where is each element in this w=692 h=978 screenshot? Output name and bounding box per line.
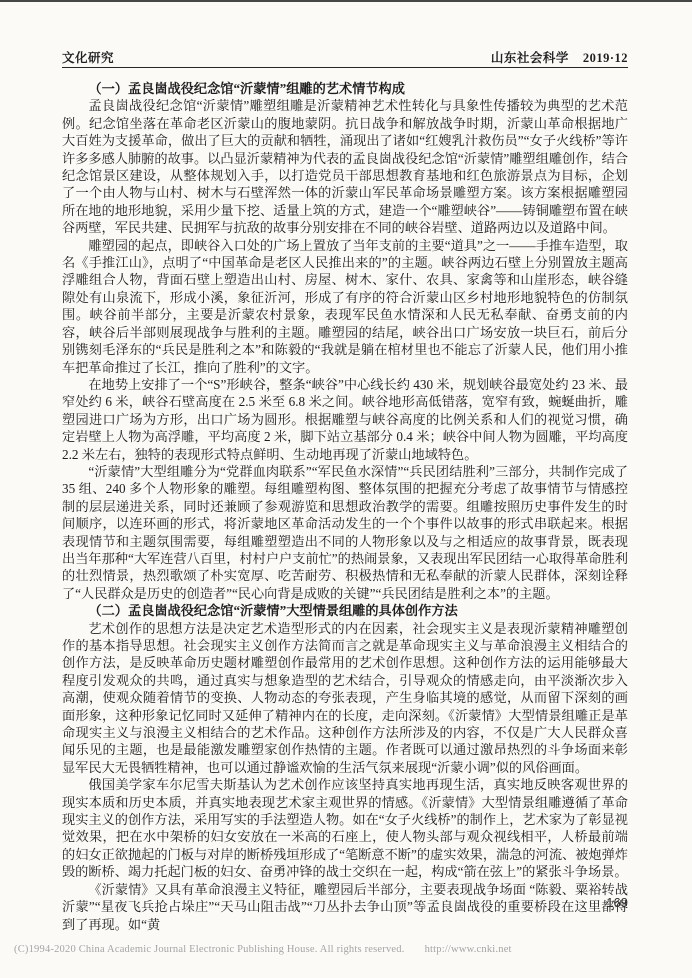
page-number: 169 <box>62 895 628 910</box>
journal-name: 山东社会科学 <box>491 51 569 65</box>
paragraph: 俄国美学家车尔尼雪夫斯基认为艺术创作应该坚持真实地再现生活，真实地反映客观世界的… <box>62 776 628 880</box>
paragraph: 孟良崮战役纪念馆“沂蒙情”雕塑组雕是沂蒙精神艺术性转化与具象性传播较为典型的艺术… <box>62 97 628 236</box>
footer-url: http://www.cnki.net <box>425 944 512 955</box>
section-heading-1: （一）孟良崮战役纪念馆“沂蒙情”组雕的艺术情节构成 <box>62 80 628 97</box>
paragraph: “沂蒙情”大型组雕分为“党群血肉联系”“军民鱼水深情”“兵民团结胜利”三部分，共… <box>62 463 628 602</box>
issue-number: 2019·12 <box>583 51 628 65</box>
section-heading-2: （二）孟良崮战役纪念馆“沂蒙情”大型情景组雕的具体创作方法 <box>62 602 628 619</box>
header-divider <box>62 67 628 68</box>
header-section-title: 文化研究 <box>62 48 114 66</box>
running-header: 文化研究 山东社会科学2019·12 <box>62 48 628 66</box>
scan-edge-artifact <box>0 0 692 2</box>
paragraph: 雕塑园的起点，即峡谷入口处的广场上置放了当年支前的主要“道具”之一——手推车造型… <box>62 237 628 376</box>
header-journal-issue: 山东社会科学2019·12 <box>491 48 628 66</box>
paragraph: 在地势上安排了一个“S”形峡谷，整条“峡谷”中心线长约 430 米，规划峡谷最宽… <box>62 376 628 463</box>
scanned-journal-page: 文化研究 山东社会科学2019·12 （一）孟良崮战役纪念馆“沂蒙情”组雕的艺术… <box>0 0 692 978</box>
copyright-footer: (C)1994-2020 China Academic Journal Elec… <box>14 944 674 955</box>
article-body: （一）孟良崮战役纪念馆“沂蒙情”组雕的艺术情节构成 孟良崮战役纪念馆“沂蒙情”雕… <box>62 80 628 933</box>
copyright-text: (C)1994-2020 China Academic Journal Elec… <box>14 944 405 955</box>
paragraph: 艺术创作的思想方法是决定艺术造型形式的内在因素，社会现实主义是表现沂蒙精神雕塑创… <box>62 620 628 777</box>
